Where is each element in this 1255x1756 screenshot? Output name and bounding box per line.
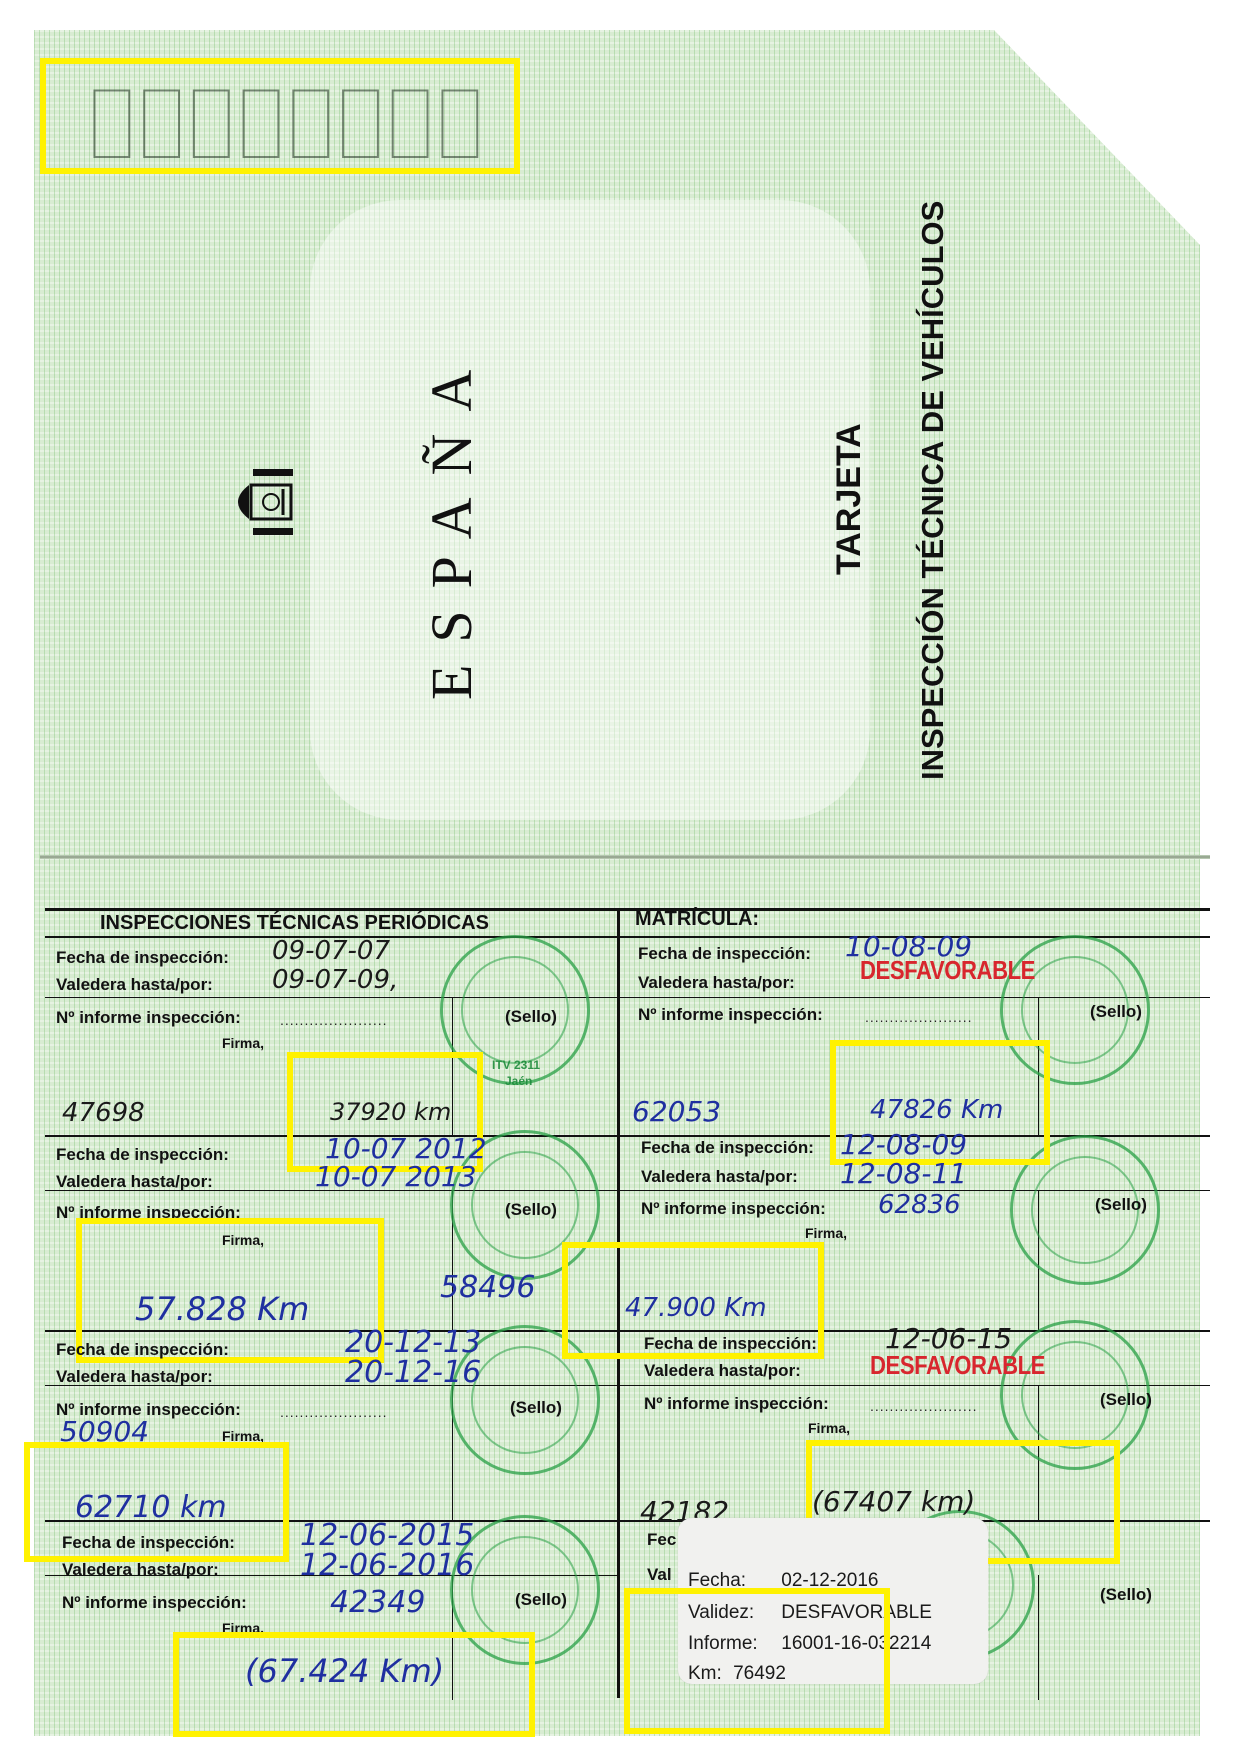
- label-valedera-partial: Val: [647, 1565, 672, 1585]
- label-firma: Firma,: [808, 1420, 850, 1436]
- label-valedera: Valedera hasta/por:: [62, 1560, 219, 1580]
- label-informe: Nº informe inspección:: [56, 1008, 241, 1028]
- stamp-city: Jaén: [505, 1074, 532, 1088]
- label-sello: (Sello): [1090, 1002, 1142, 1022]
- entry-date: 09-07-07: [272, 936, 390, 966]
- entry-valid-until: 20-12-16: [345, 1355, 481, 1390]
- highlight-box: [624, 1588, 890, 1734]
- status-stamp-unfavorable: DESFAVORABLE: [860, 955, 1035, 986]
- dotted-line: ......................: [870, 1398, 978, 1414]
- entry-report-number: 42349: [330, 1585, 425, 1620]
- entry-valid-until: 12-08-11: [840, 1157, 967, 1190]
- entry-valid-until: 10-07 2013: [315, 1160, 477, 1193]
- watermark-emblem: [310, 200, 870, 820]
- label-fecha-partial: Fec: [647, 1530, 676, 1550]
- entry-number-note: 62053: [632, 1095, 721, 1128]
- dotted-line: ......................: [280, 1012, 388, 1028]
- label-fecha: Fecha de inspección:: [644, 1334, 817, 1354]
- label-informe: Nº informe inspección:: [641, 1199, 826, 1219]
- country-title: ESPAÑA: [418, 348, 485, 700]
- label-valedera: Valedera hasta/por:: [56, 975, 213, 995]
- label-firma: Firma,: [222, 1035, 264, 1051]
- label-fecha: Fecha de inspección:: [62, 1533, 235, 1553]
- card-subtitle: INSPECCIÓN TÉCNICA DE VEHÍCULOS: [915, 201, 951, 780]
- label-sello: (Sello): [1095, 1195, 1147, 1215]
- label-valedera: Valedera hasta/por:: [56, 1172, 213, 1192]
- table-header-line: [45, 936, 1210, 938]
- label-fecha: Fecha de inspección:: [641, 1138, 814, 1158]
- status-stamp-unfavorable: DESFAVORABLE: [870, 1350, 1045, 1381]
- label-sello: (Sello): [1100, 1585, 1152, 1605]
- label-valedera: Valedera hasta/por:: [638, 973, 795, 993]
- label-valedera: Valedera hasta/por:: [644, 1361, 801, 1381]
- label-informe: Nº informe inspección:: [62, 1593, 247, 1613]
- entry-report-number: 62836: [878, 1190, 961, 1220]
- highlight-box: [173, 1632, 535, 1737]
- label-sello: (Sello): [510, 1398, 562, 1418]
- label-fecha: Fecha de inspección:: [56, 948, 229, 968]
- entry-number-note: 58496: [440, 1270, 535, 1305]
- card-fold-line: [40, 855, 1210, 859]
- entry-number-note: 47698: [62, 1098, 145, 1128]
- label-sello: (Sello): [505, 1200, 557, 1220]
- label-firma: Firma,: [805, 1225, 847, 1241]
- label-fecha: Fecha de inspección:: [56, 1340, 229, 1360]
- label-sello: (Sello): [505, 1007, 557, 1027]
- dotted-line: ......................: [280, 1404, 388, 1420]
- label-informe: Nº informe inspección:: [638, 1005, 823, 1025]
- label-valedera: Valedera hasta/por:: [56, 1367, 213, 1387]
- dotted-line: ......................: [865, 1009, 973, 1025]
- left-section-header: INSPECCIONES TÉCNICAS PERIÓDICAS: [100, 912, 489, 935]
- coat-of-arms-icon: [222, 458, 332, 550]
- sello-divider: [1038, 1575, 1039, 1700]
- perforated-number: ████████: [95, 92, 493, 157]
- card-title: TARJETA: [830, 423, 869, 575]
- label-informe: Nº informe inspección:: [644, 1394, 829, 1414]
- entry-valid-until: 12-06-2016: [300, 1548, 474, 1583]
- label-fecha: Fecha de inspección:: [56, 1145, 229, 1165]
- label-sello: (Sello): [515, 1590, 567, 1610]
- right-section-header: MATRÍCULA:: [635, 908, 759, 931]
- stamp-code: ITV 2311: [492, 1058, 540, 1072]
- table-border-top: [45, 908, 1210, 911]
- entry-valid-until: 09-07-09,: [272, 965, 398, 995]
- label-fecha: Fecha de inspección:: [638, 944, 811, 964]
- label-valedera: Valedera hasta/por:: [641, 1167, 798, 1187]
- label-sello: (Sello): [1100, 1390, 1152, 1410]
